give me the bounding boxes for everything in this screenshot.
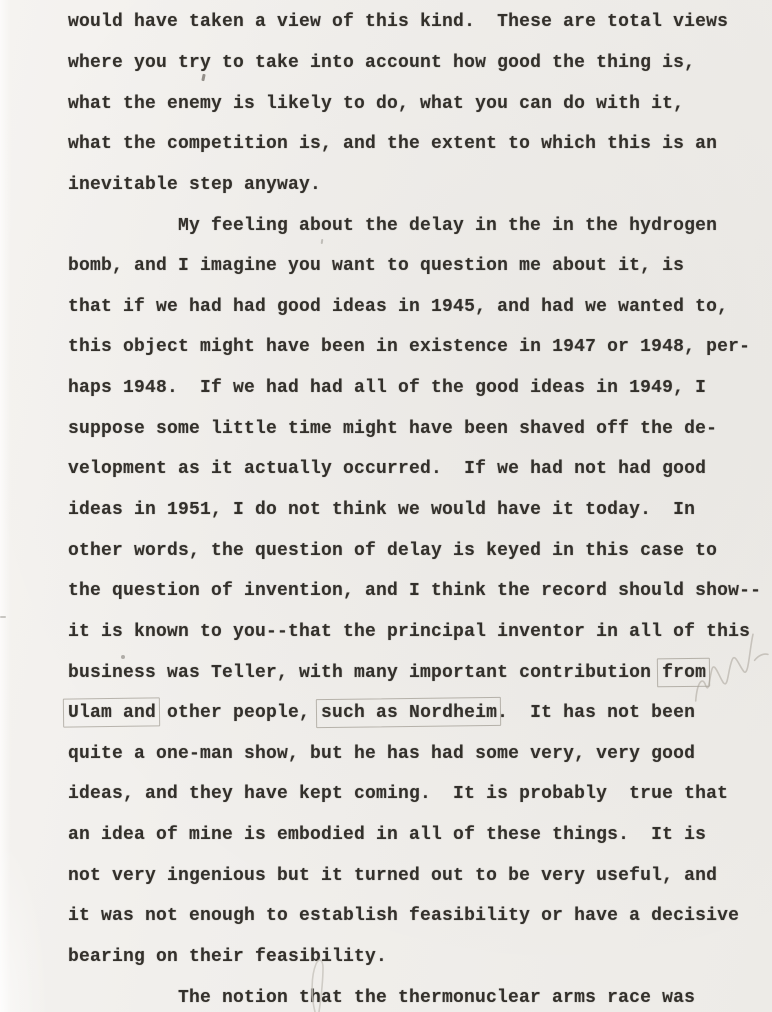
text-line: ideas in 1951, I do not think we would h… [0, 490, 772, 531]
text-line: bomb, and I imagine you want to question… [0, 246, 772, 287]
text-line: business was Teller, with many important… [0, 652, 772, 693]
text-segment: The notion that the thermonuclear arms r… [178, 988, 695, 1008]
text-line: The notion that the thermonuclear arms r… [0, 977, 772, 1012]
text-segment: an idea of mine is embodied in all of th… [68, 825, 706, 845]
pencil-boxed-text: Ulam and [68, 703, 156, 723]
text-line: the question of invention, and I think t… [0, 571, 772, 612]
text-segment: this object might have been in existence… [68, 337, 750, 357]
text-line: what the enemy is likely to do, what you… [0, 83, 772, 124]
text-segment: other people, [156, 703, 321, 723]
text-line: what the competition is, and the extent … [0, 124, 772, 165]
text-line: would have taken a view of this kind. Th… [0, 2, 772, 43]
document-lines: would have taken a view of this kind. Th… [0, 2, 772, 1012]
text-segment: other words, the question of delay is ke… [68, 541, 717, 561]
text-segment: it was not enough to establish feasibili… [68, 906, 739, 926]
text-line: that if we had had good ideas in 1945, a… [0, 286, 772, 327]
text-line: bearing on their feasibility. [0, 937, 772, 978]
pencil-scribble-annotation [681, 624, 772, 719]
text-segment: where you try to take into account how g… [68, 53, 695, 73]
text-segment: ideas in 1951, I do not think we would h… [68, 500, 695, 520]
text-segment: what the enemy is likely to do, what you… [68, 94, 684, 114]
text-line: haps 1948. If we had had all of the good… [0, 368, 772, 409]
text-line: an idea of mine is embodied in all of th… [0, 815, 772, 856]
text-segment: the question of invention, and I think t… [68, 581, 761, 601]
text-line: suppose some little time might have been… [0, 408, 772, 449]
text-segment: ideas, and they have kept coming. It is … [68, 784, 728, 804]
text-segment: suppose some little time might have been… [68, 419, 717, 439]
ink-speck [121, 655, 125, 659]
text-segment: it is known to you--that the principal i… [68, 622, 750, 642]
text-line: this object might have been in existence… [0, 327, 772, 368]
text-line: ideas, and they have kept coming. It is … [0, 774, 772, 815]
text-segment: My feeling about the delay in the in the… [178, 216, 717, 236]
pencil-boxed-text: such as Nordheim [321, 703, 497, 723]
text-segment: bomb, and I imagine you want to question… [68, 256, 684, 276]
paper-crease-mark [303, 958, 331, 1012]
text-segment: bearing on their feasibility. [68, 947, 387, 967]
text-segment: not very ingenious but it turned out to … [68, 866, 717, 886]
text-line: it is known to you--that the principal i… [0, 612, 772, 653]
text-segment: quite a one-man show, but he has had som… [68, 744, 695, 764]
text-segment: what the competition is, and the extent … [68, 134, 717, 154]
text-segment: would have taken a view of this kind. Th… [68, 12, 728, 32]
text-line: it was not enough to establish feasibili… [0, 896, 772, 937]
text-line: quite a one-man show, but he has had som… [0, 734, 772, 775]
text-line: Ulam and other people, such as Nordheim.… [0, 693, 772, 734]
text-segment: . It has not been [497, 703, 695, 723]
text-line: where you try to take into account how g… [0, 43, 772, 84]
text-segment: haps 1948. If we had had all of the good… [68, 378, 706, 398]
text-segment: inevitable step anyway. [68, 175, 321, 195]
text-line: other words, the question of delay is ke… [0, 530, 772, 571]
text-segment: that if we had had good ideas in 1945, a… [68, 297, 728, 317]
document-page: would have taken a view of this kind. Th… [0, 0, 772, 1012]
text-segment: velopment as it actually occurred. If we… [68, 459, 706, 479]
ink-speck [0, 616, 6, 618]
text-line: velopment as it actually occurred. If we… [0, 449, 772, 490]
text-line: My feeling about the delay in the in the… [0, 205, 772, 246]
text-segment: business was Teller, with many important… [68, 663, 662, 683]
text-line: not very ingenious but it turned out to … [0, 855, 772, 896]
text-line: inevitable step anyway. [0, 165, 772, 206]
